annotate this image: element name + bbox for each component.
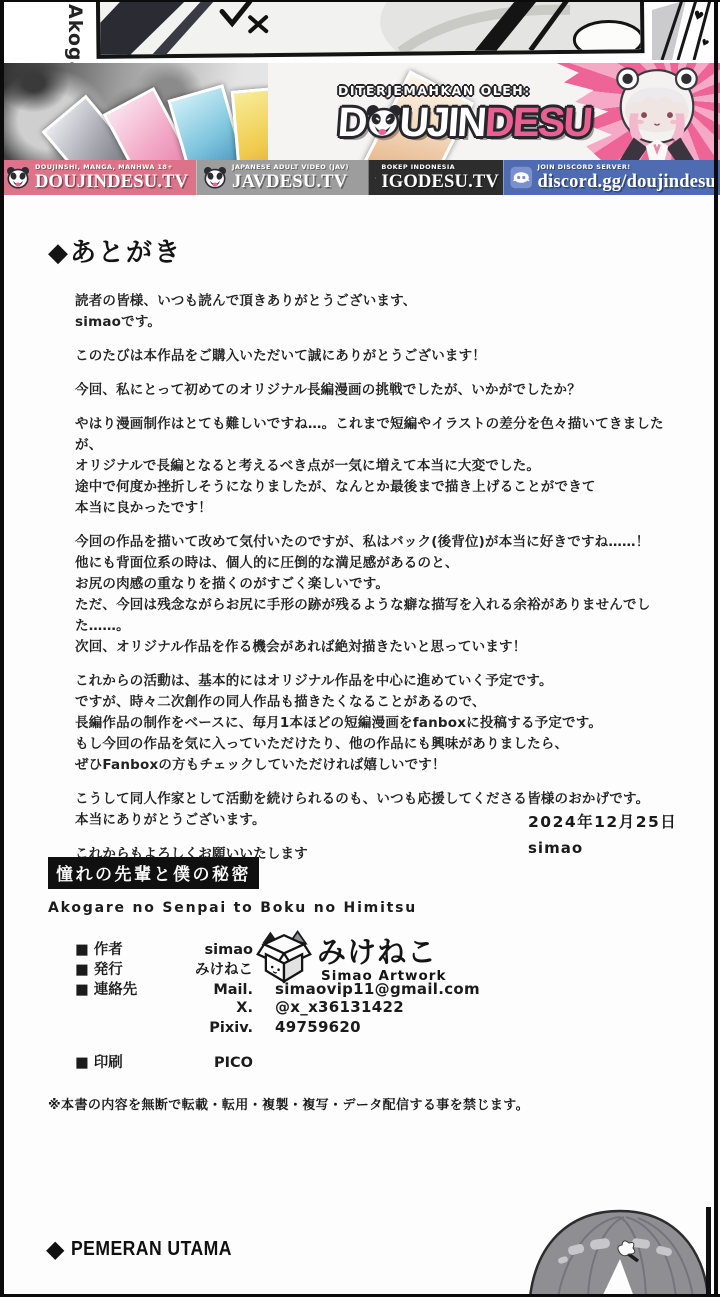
link-url: DOUJINDESU.TV xyxy=(35,173,188,192)
credit-row: Pixiv. 49759620 xyxy=(75,1018,635,1038)
panel-border-line xyxy=(706,1207,711,1297)
diamond-bullet: ◆ xyxy=(46,1237,64,1261)
link-tagline: JOIN DISCORD SERVER! xyxy=(538,164,716,171)
credit-label: ■ 作者 xyxy=(75,938,187,959)
afterword-paragraph: 今回の作品を描いて改めて気付いたのですが、私はバック(後背位)が本当に好きですね… xyxy=(48,532,688,658)
publisher-logo: みけねこ Simao Artwork xyxy=(255,928,455,990)
manga-panel-fragment-right: ♥ ♥ xyxy=(652,0,714,60)
credit-row: X. @x_x36131422 xyxy=(75,998,635,1018)
afterword-paragraph: このたびは本作品をご購入いただいて誠にありがとうございます！ xyxy=(48,346,688,367)
page-edge-left xyxy=(0,0,4,1297)
link-discord-server[interactable]: JOIN DISCORD SERVER! discord.gg/doujinde… xyxy=(503,160,720,195)
vertical-watermark-text: Akoga xyxy=(64,4,86,63)
afterword-heading: ◆あとがき xyxy=(48,232,688,269)
doujindesu-logo: D UJIN DESU xyxy=(337,102,626,142)
credit-value: simao xyxy=(187,942,253,958)
panda-icon xyxy=(363,105,401,139)
work-title-romaji: Akogare no Senpai to Boku no Himitsu xyxy=(48,900,417,916)
credit-key: X. xyxy=(187,1000,253,1016)
panda-icon xyxy=(6,167,30,189)
credit-label: ■ 連絡先 xyxy=(75,978,187,999)
link-url: IGODESU.TV xyxy=(381,173,499,192)
work-title-japanese: 憧れの先輩と僕の秘密 xyxy=(48,857,259,889)
publisher-subtitle: Simao Artwork xyxy=(321,968,446,984)
credit-x-handle[interactable]: @x_x36131422 xyxy=(253,998,635,1016)
link-javdesu-tv[interactable]: JAPANESE ADULT VIDEO (JAV) JAVDESU.TV xyxy=(196,160,368,195)
link-url: discord.gg/doujindesu xyxy=(538,173,716,192)
translated-by-label: DITERJEMAHKAN OLEH: xyxy=(338,83,624,98)
credit-row: ■ 印刷 PICO xyxy=(75,1051,635,1071)
main-cast-heading: ◆ PEMERAN UTAMA xyxy=(46,1237,254,1261)
work-title-block: 憧れの先輩と僕の秘密 Akogare no Senpai to Boku no … xyxy=(48,857,417,916)
link-tagline: JAPANESE ADULT VIDEO (JAV) xyxy=(232,164,349,171)
top-manga-strip: Akoga ♥ ♥ xyxy=(0,0,720,63)
logo-white-rest: UJIN xyxy=(398,102,486,142)
page-edge-right xyxy=(714,0,718,1297)
page-edge-top xyxy=(0,0,720,2)
afterword-section: ◆あとがき 読者の皆様、いつも読んで頂きありがとうございます、 simaoです。… xyxy=(48,232,688,878)
translator-banner: DITERJEMAHKAN OLEH: D UJIN DESU xyxy=(0,63,720,160)
credit-label: ■ 印刷 xyxy=(75,1051,187,1072)
discord-icon xyxy=(510,166,533,189)
manga-fragment-art: ♥ ♥ xyxy=(652,0,714,60)
afterword-paragraph: やはり漫画制作はとても難しいですね…。これまで短編やイラストの差分を色々描いてき… xyxy=(48,414,688,519)
afterword-signature: simao xyxy=(528,839,677,857)
credit-label: ■ 発行 xyxy=(75,958,187,979)
credit-value: PICO xyxy=(187,1055,253,1071)
afterword-paragraph: 読者の皆様、いつも読んで頂きありがとうございます、 simaoです。 xyxy=(48,291,688,333)
afterword-paragraph: 今回、私にとって初めてのオリジナル長編漫画の挑戦でしたが、いかがでしたか？ xyxy=(48,380,688,401)
panda-hoodie-girl-illustration xyxy=(596,65,718,160)
link-tagline: BOKEP INDONESIA xyxy=(381,164,499,171)
link-tagline: DOUJINSHI, MANGA, MANHWA 18+ xyxy=(35,164,188,171)
afterword-date: 2024年12月25日 xyxy=(528,810,677,832)
link-url: JAVDESU.TV xyxy=(232,173,349,192)
doujin-afterword-page: Akoga ♥ ♥ xyxy=(0,0,720,1297)
credit-key: Pixiv. xyxy=(187,1020,253,1036)
afterword-paragraph: これからの活動は、基本的にはオリジナル作品を中心に進めていく予定です。 ですが、… xyxy=(48,671,688,776)
link-igodesu-tv[interactable]: BOKEP INDONESIA IGODESU.TV xyxy=(368,160,503,195)
link-doujindesu-tv[interactable]: DOUJINSHI, MANGA, MANHWA 18+ DOUJINDESU.… xyxy=(0,160,196,195)
credit-pixiv-id[interactable]: 49759620 xyxy=(253,1018,635,1036)
publisher-name: みけねこ xyxy=(317,930,437,971)
main-cast-heading-text: PEMERAN UTAMA xyxy=(71,1238,232,1261)
credit-key: Mail. xyxy=(187,982,253,998)
panda-icon xyxy=(203,167,227,189)
site-link-bar: DOUJINSHI, MANGA, MANHWA 18+ DOUJINDESU.… xyxy=(0,160,720,195)
box-cat-icon xyxy=(255,928,313,986)
logo-letter-d: D xyxy=(337,102,367,142)
credit-value: みけねこ xyxy=(187,958,253,979)
manga-panel-art xyxy=(100,0,641,55)
panda-icon xyxy=(375,167,376,189)
copyright-disclaimer: ※本書の内容を無断で転載・転用・複製・複写・データ配信する事を禁じます。 xyxy=(48,1094,529,1113)
logo-pink-part: DESU xyxy=(484,102,593,142)
doujindesu-logo-block: DITERJEMAHKAN OLEH: D UJIN DESU xyxy=(338,83,624,142)
date-signature-block: 2024年12月25日 simao xyxy=(528,810,677,857)
manga-panel-fragment xyxy=(95,0,644,59)
character-head-illustration xyxy=(528,1205,710,1297)
